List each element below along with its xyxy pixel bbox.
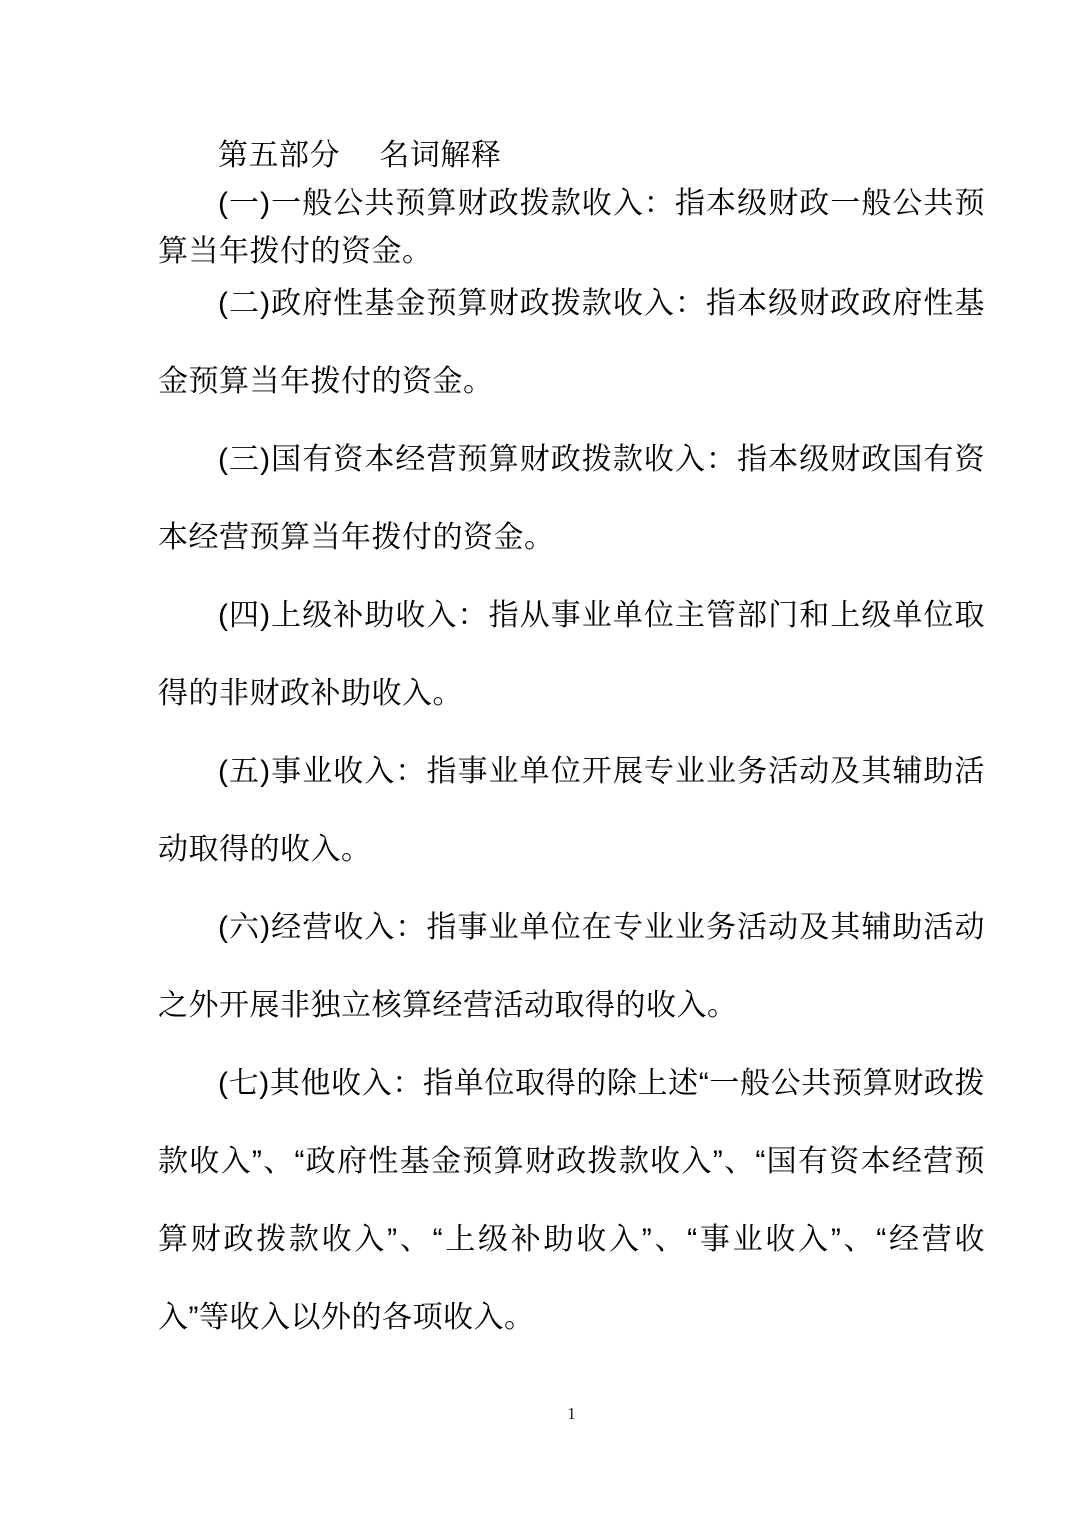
document-page: 第五部分 名词解释 (一)一般公共预算财政拨款收入：指本级财政一般公共预算当年拨…: [0, 0, 1074, 1520]
section-title: 第五部分 名词解释: [158, 132, 985, 180]
body-paragraph: (五)事业收入：指事业单位开展专业业务活动及其辅助活动取得的收入。: [158, 733, 985, 889]
document-content: 第五部分 名词解释 (一)一般公共预算财政拨款收入：指本级财政一般公共预算当年拨…: [158, 132, 985, 1357]
body-paragraph: (二)政府性基金预算财政拨款收入：指本级财政政府性基金预算当年拨付的资金。: [158, 265, 985, 421]
body-paragraph: (四)上级补助收入：指从事业单位主管部门和上级单位取得的非财政补助收入。: [158, 577, 985, 733]
page-number: 1: [158, 1404, 985, 1424]
body-paragraph: (一)一般公共预算财政拨款收入：指本级财政一般公共预算当年拨付的资金。: [158, 180, 985, 276]
body-paragraph: (三)国有资本经营预算财政拨款收入：指本级财政国有资本经营预算当年拨付的资金。: [158, 421, 985, 577]
body-paragraph: (七)其他收入：指单位取得的除上述“一般公共预算财政拨款收入”、“政府性基金预算…: [158, 1045, 985, 1357]
body-paragraph: (六)经营收入：指事业单位在专业业务活动及其辅助活动之外开展非独立核算经营活动取…: [158, 889, 985, 1045]
